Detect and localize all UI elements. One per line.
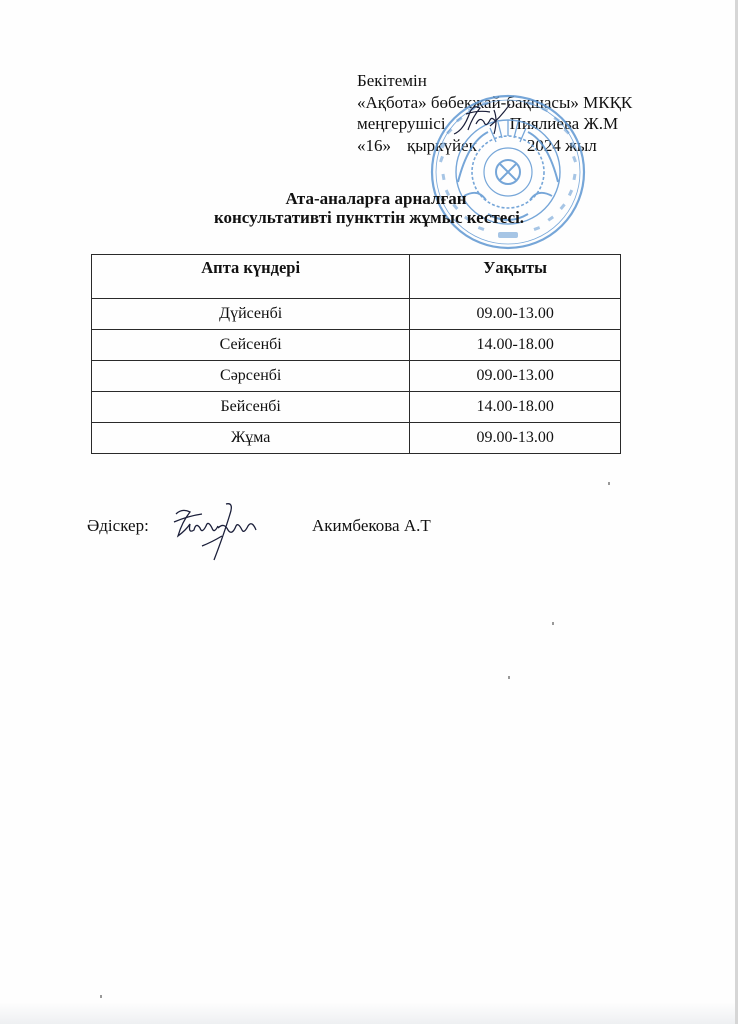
time-cell: 09.00-13.00 [410,361,621,392]
table-row: Сейсенбі 14.00-18.00 [92,330,621,361]
table-row: Дүйсенбі 09.00-13.00 [92,299,621,330]
scan-bottom-edge [0,1002,738,1024]
table-header-row: Апта күндері Уақыты [92,255,621,299]
scan-speck [100,995,102,998]
weekday-cell: Бейсенбі [92,392,410,423]
time-cell: 09.00-13.00 [410,423,621,454]
column-header-time: Уақыты [410,255,621,299]
weekday-cell: Сейсенбі [92,330,410,361]
time-cell: 09.00-13.00 [410,299,621,330]
methodist-role-label: Әдіскер: [87,516,149,536]
consultation-schedule-table: Апта күндері Уақыты Дүйсенбі 09.00-13.00… [91,254,621,454]
weekday-cell: Сәрсенбі [92,361,410,392]
time-cell: 14.00-18.00 [410,392,621,423]
time-cell: 14.00-18.00 [410,330,621,361]
methodist-name: Акимбекова А.Т [312,516,431,536]
scan-speck [508,676,510,679]
approval-heading: Бекітемін [357,70,632,92]
document-title-line1: Ата-аналарға арналған [0,189,738,209]
document-title-line2: консультативті пункттін жұмыс кестесі. [0,208,738,228]
table-row: Жұма 09.00-13.00 [92,423,621,454]
weekday-cell: Жұма [92,423,410,454]
table-row: Бейсенбі 14.00-18.00 [92,392,621,423]
methodist-signature-icon [168,500,263,565]
scan-speck [608,482,610,485]
table-row: Сәрсенбі 09.00-13.00 [92,361,621,392]
date-day: «16» [357,136,391,155]
scanned-document-page: Бекітемін «Ақбота» бөбекжай-бақшасы» МКҚ… [0,0,738,1024]
scan-speck [552,622,554,625]
director-signature-icon [450,100,512,140]
column-header-weekdays: Апта күндері [92,255,410,299]
weekday-cell: Дүйсенбі [92,299,410,330]
